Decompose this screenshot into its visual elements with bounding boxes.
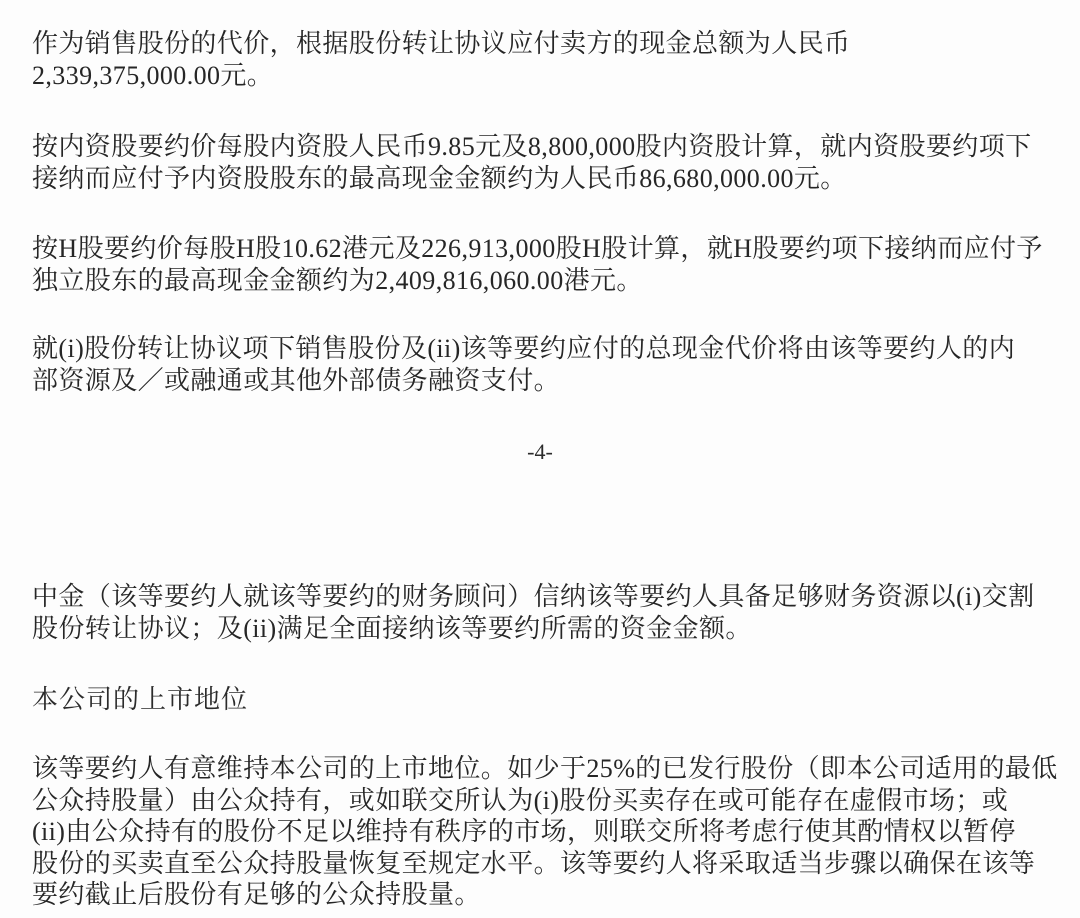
paragraph-line: 接纳而应付予内资股股东的最高现金金额约为人民币86,680,000.00元。 bbox=[32, 163, 1048, 195]
paragraph-funding-source: 就(i)股份转让协议项下销售股份及(ii)该等要约应付的总现金代价将由该等要约人… bbox=[32, 333, 1048, 397]
paragraph-line: 股份转让协议；及(ii)满足全面接纳该等要约所需的资金金额。 bbox=[32, 613, 1048, 645]
paragraph-consideration-total: 作为销售股份的代价，根据股份转让协议应付卖方的现金总额为人民币 2,339,37… bbox=[32, 28, 1048, 92]
paragraph-maintain-listing: 该等要约人有意维持本公司的上市地位。如少于25%的已发行股份（即本公司适用的最低… bbox=[32, 753, 1048, 911]
page-number: -4- bbox=[0, 439, 1080, 465]
paragraph-line: 部资源及／或融通或其他外部债务融资支付。 bbox=[32, 365, 1048, 397]
paragraph-line: 按H股要约价每股H股10.62港元及226,913,000股H股计算，就H股要约… bbox=[32, 233, 1048, 265]
paragraph-line: 作为销售股份的代价，根据股份转让协议应付卖方的现金总额为人民币 bbox=[32, 28, 1048, 60]
paragraph-line: 公众持股量）由公众持有，或如联交所认为(i)股份买卖存在或可能存在虚假市场；或 bbox=[32, 785, 1048, 817]
paragraph-line: 2,339,375,000.00元。 bbox=[32, 60, 1048, 92]
paragraph-line: 独立股东的最高现金金额约为2,409,816,060.00港元。 bbox=[32, 265, 1048, 297]
paragraph-line: 该等要约人有意维持本公司的上市地位。如少于25%的已发行股份（即本公司适用的最低 bbox=[32, 753, 1048, 785]
document-page: 作为销售股份的代价，根据股份转让协议应付卖方的现金总额为人民币 2,339,37… bbox=[0, 0, 1080, 918]
paragraph-line: 就(i)股份转让协议项下销售股份及(ii)该等要约应付的总现金代价将由该等要约人… bbox=[32, 333, 1048, 365]
section-heading-listing-status: 本公司的上市地位 bbox=[32, 684, 1048, 716]
paragraph-line: 按内资股要约价每股内资股人民币9.85元及8,800,000股内资股计算，就内资… bbox=[32, 131, 1048, 163]
paragraph-line: (ii)由公众持有的股份不足以维持有秩序的市场，则联交所将考虑行使其酌情权以暂停 bbox=[32, 816, 1048, 848]
paragraph-line: 股份的买卖直至公众持股量恢复至规定水平。该等要约人将采取适当步骤以确保在该等 bbox=[32, 848, 1048, 880]
paragraph-domestic-share-offer: 按内资股要约价每股内资股人民币9.85元及8,800,000股内资股计算，就内资… bbox=[32, 131, 1048, 195]
paragraph-line: 要约截止后股份有足够的公众持股量。 bbox=[32, 879, 1048, 911]
paragraph-line: 中金（该等要约人就该等要约的财务顾问）信纳该等要约人具备足够财务资源以(i)交割 bbox=[32, 581, 1048, 613]
paragraph-financial-adviser-confirmation: 中金（该等要约人就该等要约的财务顾问）信纳该等要约人具备足够财务资源以(i)交割… bbox=[32, 581, 1048, 645]
paragraph-h-share-offer: 按H股要约价每股H股10.62港元及226,913,000股H股计算，就H股要约… bbox=[32, 233, 1048, 297]
